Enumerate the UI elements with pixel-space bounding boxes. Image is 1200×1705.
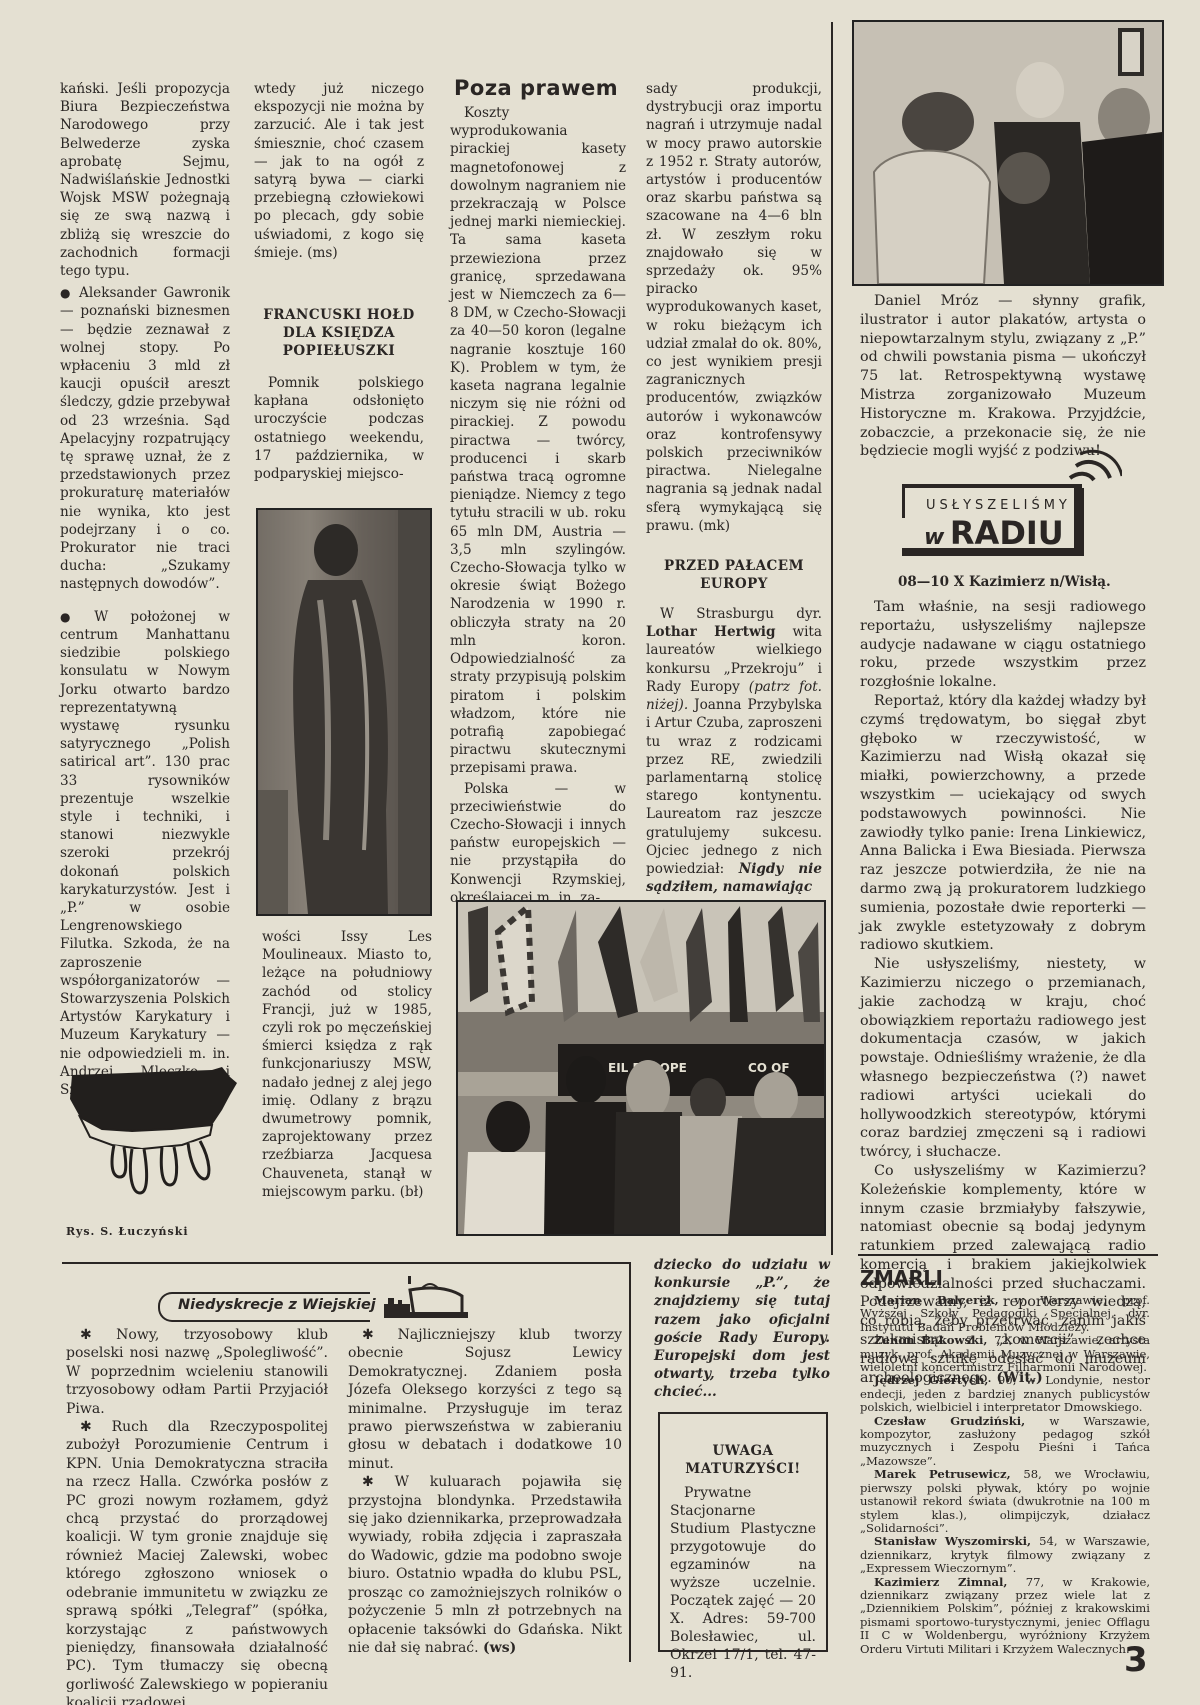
col3-paragraph-2: Polska — w przeciwieństwie do Czecho-Sło… bbox=[450, 780, 626, 907]
radio-paragraph-1: Tam właśnie, na sesji radiowego reportaż… bbox=[860, 598, 1146, 692]
asterisk-bullet-icon: ✱ bbox=[362, 1474, 374, 1490]
col4-paragraph-2: W Strasburgu dyr. Lothar Hertwig wita la… bbox=[646, 605, 822, 896]
page-number: 3 bbox=[1124, 1640, 1148, 1680]
ad-body-text: Prywatne Stacjonarne Studium Plastyczne … bbox=[670, 1484, 816, 1682]
sejm-building-icon bbox=[384, 1276, 468, 1318]
deceased-name: Zenon Bąkowski, bbox=[874, 1333, 987, 1347]
wiejska-item-blondynka: ✱ W kuluarach pojawiła się przystojna bl… bbox=[348, 1473, 622, 1657]
maturzysci-ad-box: UWAGA MATURZYŚCI! Prywatne Stacjonarne S… bbox=[658, 1412, 828, 1652]
deceased-name: Czesław Grudziński, bbox=[874, 1414, 1025, 1428]
zmarli-entry: Zenon Bąkowski, 72, w Warszawie, artysta… bbox=[860, 1334, 1150, 1374]
asterisk-bullet-icon: ✱ bbox=[80, 1419, 92, 1435]
column-3: Koszty wyprodukowania pirackiej kasety m… bbox=[450, 104, 626, 907]
column-4: sady produkcji, dystrybucji oraz importu… bbox=[646, 80, 822, 896]
zmarli-title: ZMARLI bbox=[860, 1266, 942, 1290]
zmarli-top-rule bbox=[858, 1254, 1158, 1256]
col1-paragraph-2-text: Aleksander Gawronik — poznański biznesme… bbox=[60, 285, 230, 592]
priest-statue-icon bbox=[258, 510, 430, 914]
wiejska-item-text: Nowy, trzyosobowy klub poselski nosi naz… bbox=[66, 1327, 328, 1417]
deceased-name: Kazimierz Zimnal, bbox=[874, 1575, 1007, 1589]
deceased-name: Marian Balcerek, bbox=[874, 1293, 999, 1307]
zmarli-entry: Stanisław Wyszomirski, 54, w Warszawie, … bbox=[860, 1535, 1150, 1575]
radio-logo-w: w bbox=[924, 525, 944, 550]
wiejska-signature: (ws) bbox=[483, 1640, 516, 1656]
cartoon-drawing-icon bbox=[62, 1065, 242, 1205]
zmarli-entry: Marek Petrusewicz, 58, we Wrocławiu, pie… bbox=[860, 1468, 1150, 1535]
zmarli-entry: Czesław Grudziński, w Warszawie, kompozy… bbox=[860, 1415, 1150, 1469]
col1-paragraph-1: kański. Jeśli propozycja Biura Bezpiecze… bbox=[60, 80, 230, 280]
council-of-europe-photo: EIL EUROPE CO OF bbox=[456, 900, 826, 1236]
wiejska-left-column: ✱ Nowy, trzyosobowy klub poselski nosi n… bbox=[66, 1326, 328, 1705]
radio-paragraph-3: Nie usłyszeliśmy, niestety, w Kazimierzu… bbox=[860, 955, 1146, 1162]
wiejska-item-text: Najliczniejszy klub tworzy obecnie Sojus… bbox=[348, 1327, 622, 1472]
ad-title: UWAGA MATURZYŚCI! bbox=[674, 1442, 812, 1478]
mroz-caption-text: Daniel Mróz — słynny grafik, ilustrator … bbox=[860, 292, 1146, 461]
wiejska-banner: Niedyskrecje z Wiejskiej bbox=[158, 1292, 370, 1322]
ad-body: Prywatne Stacjonarne Studium Plastyczne … bbox=[670, 1484, 816, 1682]
deceased-name: Jędrzej Giertych, bbox=[874, 1373, 988, 1387]
wiejska-item-ruch: ✱ Ruch dla Rzeczypospolitej zubożył Poro… bbox=[66, 1418, 328, 1705]
wiejska-item-text: Ruch dla Rzeczypospolitej zubożył Porozu… bbox=[66, 1419, 328, 1705]
column-4-quote-continued: dziecko do udziału w konkursie „P.”, że … bbox=[654, 1256, 830, 1402]
column-1: kański. Jeśli propozycja Biura Bezpiecze… bbox=[60, 80, 230, 1099]
col1-paragraph-3-text: W położonej w centrum Manhattanu siedzib… bbox=[60, 609, 230, 1098]
deceased-name: Marek Petrusewicz, bbox=[874, 1467, 1011, 1481]
wiejska-right-column: ✱ Najliczniejszy klub tworzy obecnie Soj… bbox=[348, 1326, 622, 1657]
text-fragment: Joanna Przybylska i Artur Czuba, zaprosz… bbox=[646, 697, 822, 877]
column-2-continued: wości Issy Les Moulineaux. Miasto to, le… bbox=[262, 928, 432, 1201]
exhibition-photo-icon bbox=[854, 22, 1162, 284]
headline-przed-palacem-europy: PRZED PAŁACEM EUROPY bbox=[646, 557, 822, 593]
statue-photo bbox=[256, 508, 432, 916]
radio-logo-radiu: RADIU bbox=[950, 514, 1064, 552]
col1-paragraph-manhattan: W położonej w centrum Manhattanu siedzib… bbox=[60, 608, 230, 1099]
asterisk-bullet-icon: ✱ bbox=[362, 1327, 374, 1343]
zmarli-entry: Kazimierz Zimnal, 77, w Krakowie, dzienn… bbox=[860, 1576, 1150, 1656]
col2-paragraph-1: wtedy już niczego ekspozycji nie można b… bbox=[254, 80, 424, 262]
cartoon-credit: Rys. S. Łuczyński bbox=[66, 1225, 189, 1238]
radio-logo: USŁYSZELIŚMY w RADIU bbox=[902, 448, 1122, 560]
radio-dateline: 08—10 X Kazimierz n/Wisłą. bbox=[898, 574, 1111, 590]
wiejska-item-sld: ✱ Najliczniejszy klub tworzy obecnie Soj… bbox=[348, 1326, 622, 1473]
deceased-name: Stanisław Wyszomirski, bbox=[874, 1534, 1031, 1548]
person-name: Lothar Hertwig bbox=[646, 624, 775, 640]
col4-paragraph-1: sady produkcji, dystrybucji oraz importu… bbox=[646, 80, 822, 535]
col1-paragraph-gawronik: Aleksander Gawronik — poznański biznesme… bbox=[60, 284, 230, 593]
col2-paragraph-3: wości Issy Les Moulineaux. Miasto to, le… bbox=[262, 928, 432, 1201]
column-divider bbox=[831, 22, 833, 1255]
wiejska-banner-text: Niedyskrecje z Wiejskiej bbox=[178, 1297, 376, 1313]
col3-paragraph-1: Koszty wyprodukowania pirackiej kasety m… bbox=[450, 104, 626, 778]
radio-logo-main: w RADIU bbox=[924, 514, 1064, 552]
usa-udder-cartoon bbox=[62, 1065, 242, 1205]
headline-francuski-hold: FRANCUSKI HOŁD DLA KSIĘDZA POPIEŁUSZKI bbox=[260, 306, 418, 360]
zmarli-list: Marian Balcerek, w Warszawie, prof. Wyżs… bbox=[860, 1294, 1150, 1656]
wiejska-right-rule bbox=[629, 1262, 631, 1662]
mroz-caption: Daniel Mróz — słynny grafik, ilustrator … bbox=[860, 292, 1146, 461]
col4-quote-text: dziecko do udziału w konkursie „P.”, że … bbox=[654, 1256, 830, 1402]
radio-paragraph-2: Reportaż, który dla każdej władzy był cz… bbox=[860, 692, 1146, 955]
zmarli-entry: Jędrzej Giertych, 90, w Londynie, nestor… bbox=[860, 1374, 1150, 1414]
svg-text:CO OF: CO OF bbox=[748, 1061, 790, 1075]
wiejska-item-text: W kuluarach pojawiła się przystojna blon… bbox=[348, 1474, 622, 1656]
flags-and-people-icon: EIL EUROPE CO OF bbox=[458, 902, 824, 1234]
column-2: wtedy już niczego ekspozycji nie można b… bbox=[254, 80, 424, 483]
wiejska-item-spolegliwosc: ✱ Nowy, trzyosobowy klub poselski nosi n… bbox=[66, 1326, 328, 1418]
radio-logo-top-text: USŁYSZELIŚMY bbox=[926, 498, 1071, 513]
asterisk-bullet-icon: ✱ bbox=[80, 1327, 92, 1343]
wiejska-top-rule bbox=[62, 1262, 630, 1264]
daniel-mroz-photo bbox=[852, 20, 1164, 286]
zmarli-entry: Marian Balcerek, w Warszawie, prof. Wyżs… bbox=[860, 1294, 1150, 1334]
text-fragment: W Strasburgu dyr. bbox=[660, 606, 822, 622]
col2-paragraph-2: Pomnik polskiego kapłana odsłonięto uroc… bbox=[254, 374, 424, 483]
headline-poza-prawem: Poza prawem bbox=[454, 76, 618, 100]
